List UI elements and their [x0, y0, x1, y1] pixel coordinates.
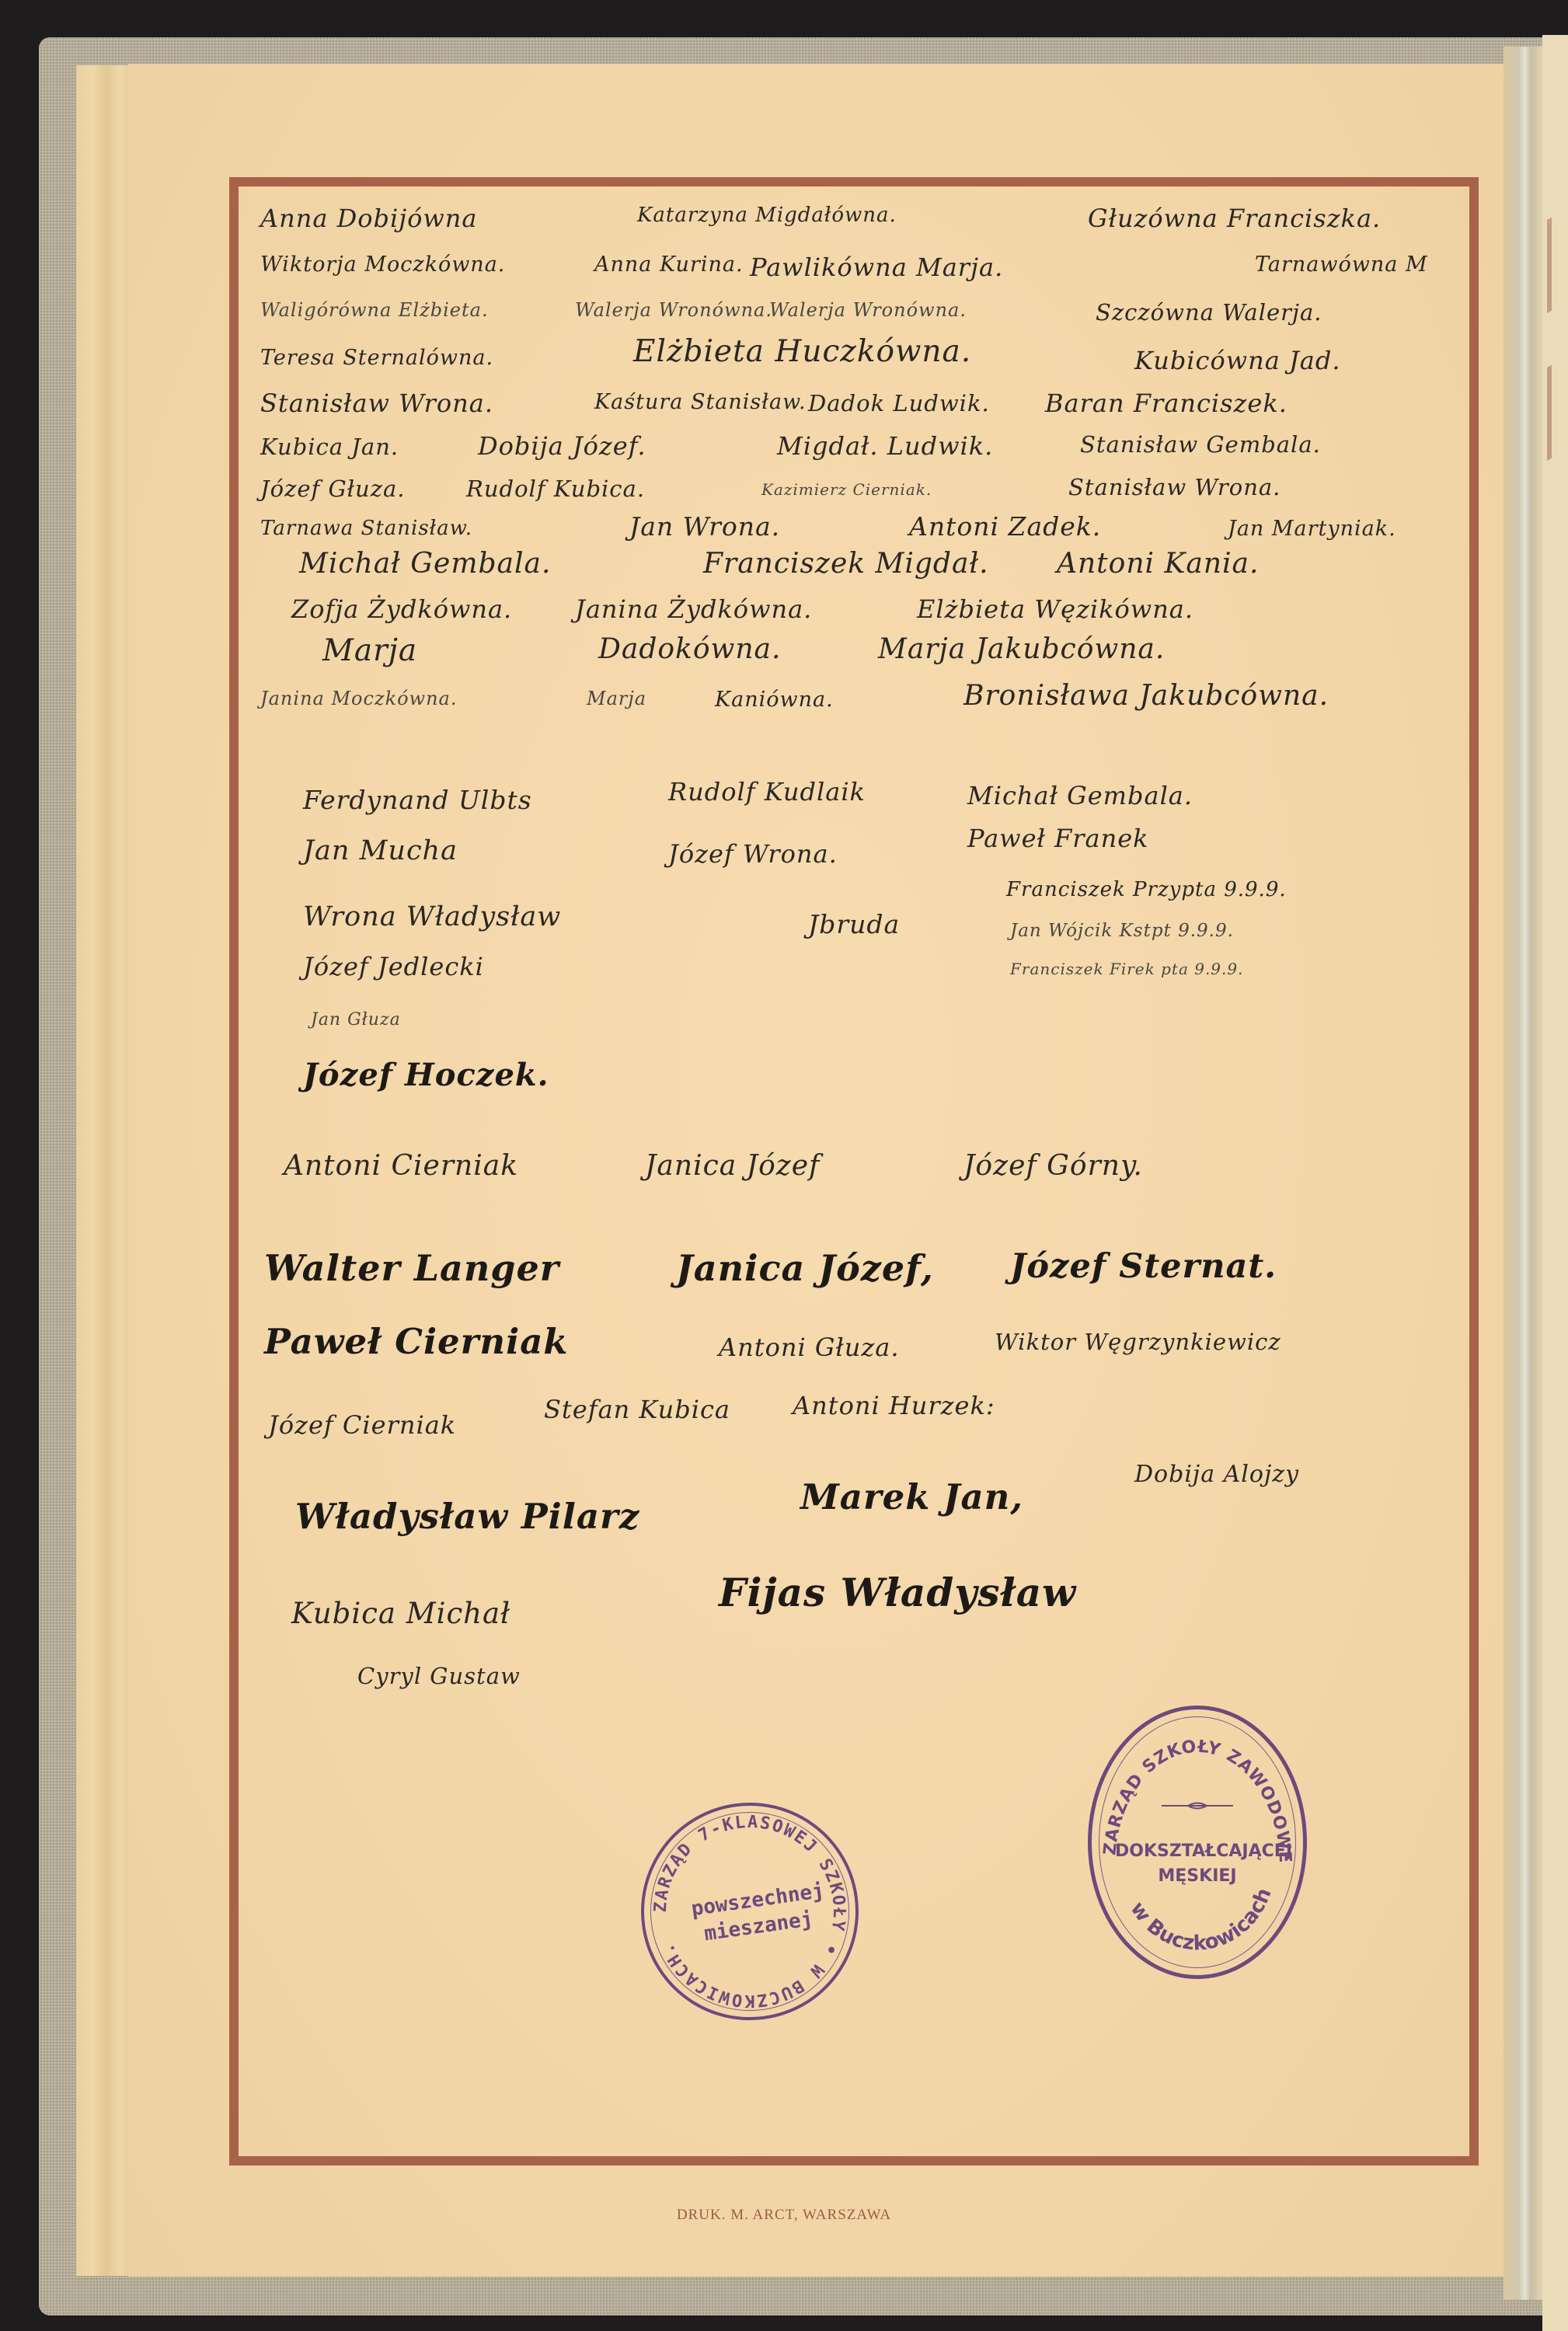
- stamp-line-meskiej: MĘSKIEJ: [1115, 1866, 1280, 1886]
- handwritten-signature: Józef Sternat.: [1010, 1247, 1277, 1286]
- handwritten-signature: Janica Józef,: [676, 1247, 934, 1289]
- handwritten-signature: Walerja Wronówna.: [769, 299, 967, 321]
- handwritten-signature: Kaniówna.: [715, 688, 834, 712]
- stamp-ring-text: ZARZĄD 7-KLASOWEJ SZKOŁY • W BUCZKOWICAC…: [630, 1792, 869, 2030]
- handwritten-signature: Franciszek Migdał.: [703, 548, 989, 580]
- handwritten-signature: Józef Cierniak: [268, 1410, 456, 1440]
- next-page-edge: [1542, 35, 1568, 2331]
- handwritten-signature: Antoni Hurzek:: [793, 1391, 995, 1420]
- handwritten-signature: Marja: [322, 633, 417, 668]
- stamp-oval-ring-text: ZARZĄD SZKOŁY ZAWODOWEJ w Buczkowicach: [1092, 1709, 1303, 1975]
- page-edges: [76, 65, 131, 2276]
- handwritten-signature: Michał Gembala.: [967, 781, 1193, 810]
- handwritten-signature: Kubica Jan.: [260, 434, 399, 460]
- handwritten-signature: Katarzyna Migdałówna.: [637, 204, 897, 227]
- handwritten-signature: Marek Jan,: [800, 1476, 1023, 1517]
- round-school-stamp: ZARZĄD 7-KLASOWEJ SZKOŁY • W BUCZKOWICAC…: [627, 1789, 873, 2034]
- handwritten-signature: Bronisława Jakubcówna.: [963, 680, 1329, 712]
- handwritten-signature: Antoni Cierniak: [284, 1150, 518, 1182]
- handwritten-signature: Janina Moczkówna.: [260, 688, 458, 709]
- handwritten-signature: Dobija Józef.: [478, 431, 646, 461]
- handwritten-signature: Kubica Michał: [291, 1597, 510, 1630]
- decorative-stroke-icon: [1547, 355, 1568, 461]
- handwritten-signature: Janina Żydkówna.: [575, 594, 812, 624]
- svg-text:ZARZĄD SZKOŁY ZAWODOWEJ: ZARZĄD SZKOŁY ZAWODOWEJ: [1092, 1709, 1294, 1864]
- stamp-line-dokszta: DOKSZTAŁCAJĄCEJ: [1115, 1841, 1280, 1861]
- handwritten-signature: Stefan Kubica: [544, 1395, 730, 1424]
- handwritten-signature: Rudolf Kudlaik: [668, 777, 866, 807]
- handwritten-signature: Anna Kurina.: [594, 253, 744, 277]
- handwritten-signature: Baran Franciszek.: [1045, 388, 1288, 418]
- handwritten-signature: Stanisław Gembala.: [1080, 431, 1321, 458]
- handwritten-signature: Marja: [587, 688, 646, 709]
- stamp-line-powszechnej: powszechnej: [690, 1880, 826, 1922]
- handwritten-signature: Szczówna Walerja.: [1096, 299, 1322, 326]
- handwritten-signature: Jan Wójcik Kstpt 9.9.9.: [1010, 921, 1234, 941]
- oval-school-stamp: ZARZĄD SZKOŁY ZAWODOWEJ w Buczkowicach D…: [1088, 1706, 1307, 1979]
- handwritten-signature: Zofja Żydkówna.: [291, 594, 512, 624]
- handwritten-signature: Anna Dobijówna: [260, 204, 477, 233]
- handwritten-signature: Tarnawa Stanisław.: [260, 517, 472, 540]
- handwritten-signature: Walter Langer: [264, 1247, 559, 1289]
- handwritten-signature: Józef Głuza.: [260, 476, 406, 502]
- decorative-stroke-icon: [1547, 207, 1568, 313]
- handwritten-signature: Elżbieta Węzikówna.: [917, 594, 1193, 624]
- handwritten-signature: Jan Mucha: [303, 835, 458, 866]
- handwritten-signature: Kazimierz Cierniak.: [761, 480, 932, 499]
- svg-text:w Buczkowicach: w Buczkowicach: [1125, 1885, 1276, 1956]
- stamp-line-mieszanej: mieszanej: [702, 1908, 814, 1946]
- handwritten-signature: Pawlikówna Marja.: [750, 253, 1003, 282]
- handwritten-signature: Elżbieta Huczkówna.: [633, 334, 971, 369]
- handwritten-signature: Jbruda: [808, 909, 900, 939]
- handwritten-signature: Paweł Franek: [967, 824, 1149, 853]
- handwritten-signature: Dadok Ludwik.: [808, 390, 990, 416]
- handwritten-signature: Michał Gembala.: [299, 548, 551, 580]
- svg-text:ZARZĄD 7-KLASOWEJ SZKOŁY • W B: ZARZĄD 7-KLASOWEJ SZKOŁY • W BUCZKOWICAC…: [639, 1800, 861, 2023]
- handwritten-signature: Migdał. Ludwik.: [777, 431, 993, 461]
- handwritten-signature: Cyryl Gustaw: [357, 1663, 521, 1689]
- handwritten-signature: Jan Wrona.: [629, 511, 780, 542]
- handwritten-signature: Walerja Wronówna.: [575, 299, 772, 321]
- handwritten-signature: Dadokówna.: [598, 633, 781, 665]
- handwritten-signature: Stanisław Wrona.: [260, 388, 493, 418]
- handwritten-signature: Wiktor Węgrzynkiewicz: [995, 1329, 1281, 1355]
- handwritten-signature: Głuzówna Franciszka.: [1088, 204, 1381, 233]
- handwritten-signature: Franciszek Firek pta 9.9.9.: [1010, 960, 1243, 978]
- handwritten-signature: Józef Górny.: [963, 1150, 1143, 1182]
- handwritten-signature: Janica Józef: [645, 1150, 820, 1182]
- book-gutter: [1504, 47, 1542, 2300]
- handwritten-signature: Waligórówna Elżbieta.: [260, 299, 489, 321]
- handwritten-signature: Józef Hoczek.: [303, 1057, 549, 1093]
- handwritten-signature: Kaśtura Stanisław.: [594, 390, 807, 414]
- handwritten-signature: Józef Jedlecki: [303, 952, 484, 981]
- handwritten-signature: Antoni Zadek.: [909, 511, 1101, 542]
- handwritten-signature: Ferdynand Ulbts: [303, 785, 532, 815]
- handwritten-signature: Teresa Sternalówna.: [260, 346, 493, 370]
- handwritten-signature: Józef Wrona.: [668, 839, 838, 869]
- handwritten-signature: Władysław Pilarz: [295, 1496, 639, 1537]
- handwritten-signature: Rudolf Kubica.: [466, 476, 645, 502]
- handwritten-signature: Wrona Władysław: [303, 901, 561, 932]
- handwritten-signature: Wiktorja Moczkówna.: [260, 253, 505, 277]
- handwritten-signature: Marja Jakubcówna.: [878, 633, 1165, 665]
- handwritten-signature: Jan Głuza: [311, 1010, 401, 1030]
- handwritten-signature: Jan Martyniak.: [1228, 517, 1396, 541]
- handwritten-signature: Dobija Alojzy: [1134, 1461, 1299, 1488]
- printer-imprint: DRUK. M. ARCT, WARSZAWA: [0, 2207, 1568, 2224]
- handwritten-signature: Stanisław Wrona.: [1068, 474, 1281, 500]
- handwritten-signature: Antoni Głuza.: [719, 1333, 900, 1362]
- handwritten-signature: Paweł Cierniak: [264, 1321, 569, 1362]
- handwritten-signature: Tarnawówna M: [1255, 253, 1428, 277]
- handwritten-signature: Kubicówna Jad.: [1134, 346, 1341, 375]
- handwritten-signature: Fijas Władysław: [719, 1570, 1076, 1615]
- handwritten-signature: Antoni Kania.: [1057, 548, 1259, 580]
- handwritten-signature: Franciszek Przypta 9.9.9.: [1006, 878, 1287, 901]
